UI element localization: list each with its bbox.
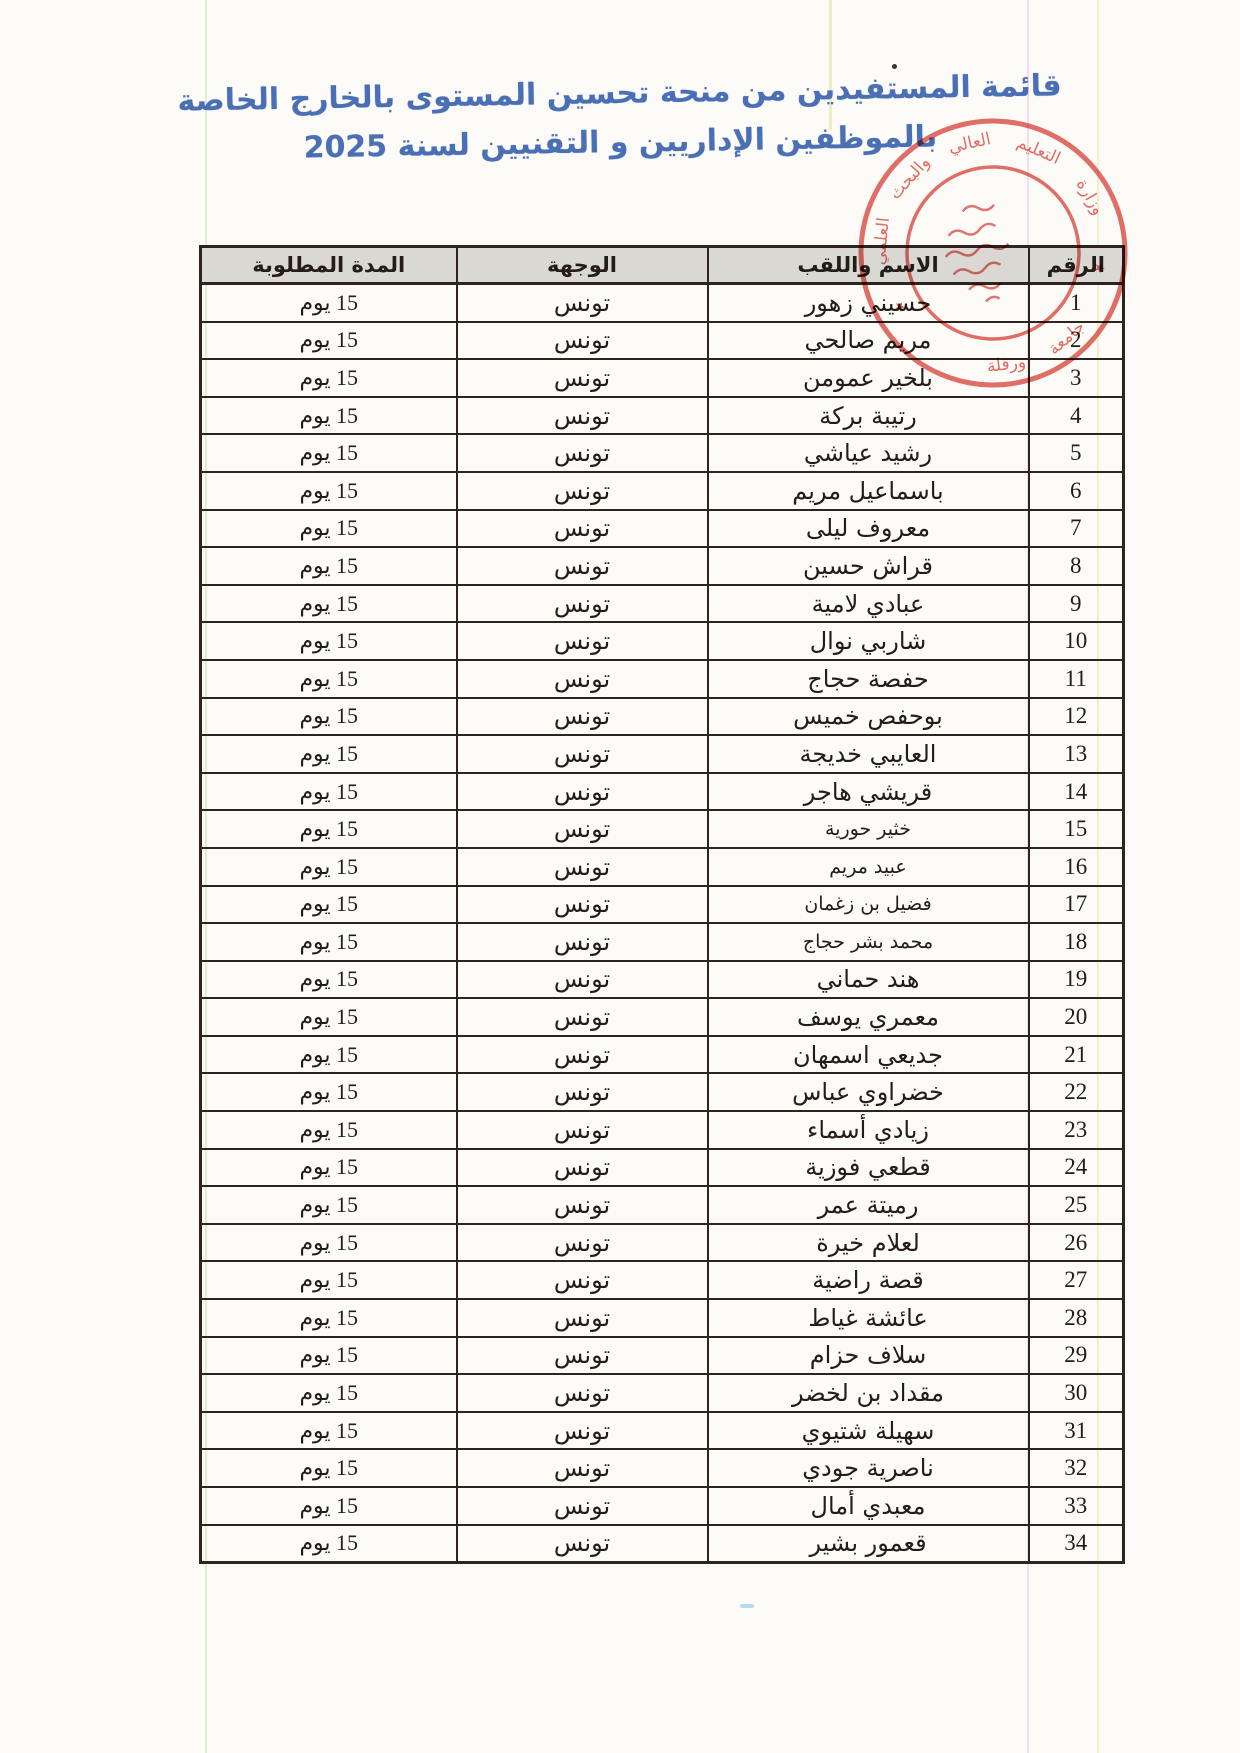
table-row: 18 محمد بشر حجاج تونس 15 يوم xyxy=(201,923,1124,961)
row-name: ناصرية جودي xyxy=(708,1449,1029,1487)
row-destination: تونس xyxy=(457,1149,708,1187)
row-name: لعلام خيرة xyxy=(708,1224,1029,1262)
row-number: 6 xyxy=(1029,472,1124,510)
svg-text:العالي: العالي xyxy=(947,129,993,157)
row-destination: تونس xyxy=(457,923,708,961)
table-row: 25 رميتة عمر تونس 15 يوم xyxy=(201,1186,1124,1224)
row-number: 20 xyxy=(1029,998,1124,1036)
row-number: 15 xyxy=(1029,810,1124,848)
row-number: 27 xyxy=(1029,1261,1124,1299)
row-duration: 15 يوم xyxy=(201,547,457,585)
row-name: مقداد بن لخضر xyxy=(708,1374,1029,1412)
row-name: فضيل بن زغمان xyxy=(708,886,1029,924)
table-row: 4 رتيبة بركة تونس 15 يوم xyxy=(201,397,1124,435)
table-row: 10 شاربي نوال تونس 15 يوم xyxy=(201,622,1124,660)
row-destination: تونس xyxy=(457,1412,708,1450)
row-duration: 15 يوم xyxy=(201,961,457,999)
row-duration: 15 يوم xyxy=(201,1374,457,1412)
header-duration: المدة المطلوبة xyxy=(201,247,457,284)
table-row: 11 حفصة حجاج تونس 15 يوم xyxy=(201,660,1124,698)
row-number: 10 xyxy=(1029,622,1124,660)
row-duration: 15 يوم xyxy=(201,1525,457,1563)
table-row: 20 معمري يوسف تونس 15 يوم xyxy=(201,998,1124,1036)
table-row: 22 خضراوي عباس تونس 15 يوم xyxy=(201,1073,1124,1111)
row-duration: 15 يوم xyxy=(201,810,457,848)
row-duration: 15 يوم xyxy=(201,923,457,961)
table-row: 9 عبادي لامية تونس 15 يوم xyxy=(201,585,1124,623)
table-row: 23 زيادي أسماء تونس 15 يوم xyxy=(201,1111,1124,1149)
row-number: 18 xyxy=(1029,923,1124,961)
row-name: معبدي أمال xyxy=(708,1487,1029,1525)
row-number: 33 xyxy=(1029,1487,1124,1525)
row-name: زيادي أسماء xyxy=(708,1111,1029,1149)
row-name: رميتة عمر xyxy=(708,1186,1029,1224)
row-destination: تونس xyxy=(457,1073,708,1111)
table-row: 14 قريشي هاجر تونس 15 يوم xyxy=(201,773,1124,811)
row-name: هند حماني xyxy=(708,961,1029,999)
row-number: 24 xyxy=(1029,1149,1124,1187)
row-number: 8 xyxy=(1029,547,1124,585)
svg-text:العلمي: العلمي xyxy=(869,217,894,267)
row-number: 12 xyxy=(1029,698,1124,736)
svg-text:ورقلة: ورقلة xyxy=(986,352,1027,377)
stamp-star-left: ★ xyxy=(890,297,910,316)
row-number: 23 xyxy=(1029,1111,1124,1149)
row-duration: 15 يوم xyxy=(201,1036,457,1074)
row-destination: تونس xyxy=(457,322,708,360)
row-destination: تونس xyxy=(457,735,708,773)
row-duration: 15 يوم xyxy=(201,1111,457,1149)
row-destination: تونس xyxy=(457,397,708,435)
table-row: 16 عبيد مريم تونس 15 يوم xyxy=(201,848,1124,886)
table-row: 29 سلاف حزام تونس 15 يوم xyxy=(201,1337,1124,1375)
row-destination: تونس xyxy=(457,1487,708,1525)
row-name: العايبي خديجة xyxy=(708,735,1029,773)
row-duration: 15 يوم xyxy=(201,1449,457,1487)
row-number: 22 xyxy=(1029,1073,1124,1111)
row-destination: تونس xyxy=(457,698,708,736)
row-name: سهيلة شتيوي xyxy=(708,1412,1029,1450)
row-destination: تونس xyxy=(457,1261,708,1299)
row-destination: تونس xyxy=(457,660,708,698)
row-number: 19 xyxy=(1029,961,1124,999)
row-name: رشيد عياشي xyxy=(708,434,1029,472)
table-row: 15 خثير حورية تونس 15 يوم xyxy=(201,810,1124,848)
row-duration: 15 يوم xyxy=(201,1149,457,1187)
row-name: سلاف حزام xyxy=(708,1337,1029,1375)
table-row: 13 العايبي خديجة تونس 15 يوم xyxy=(201,735,1124,773)
row-destination: تونس xyxy=(457,472,708,510)
row-name: جديعي اسمهان xyxy=(708,1036,1029,1074)
stamp-outer-circle xyxy=(856,116,1129,389)
row-destination: تونس xyxy=(457,585,708,623)
row-destination: تونس xyxy=(457,1111,708,1149)
row-destination: تونس xyxy=(457,848,708,886)
row-destination: تونس xyxy=(457,359,708,397)
table-row: 19 هند حماني تونس 15 يوم xyxy=(201,961,1124,999)
table-row: 27 قصة راضية تونس 15 يوم xyxy=(201,1261,1124,1299)
row-duration: 15 يوم xyxy=(201,1412,457,1450)
table-row: 21 جديعي اسمهان تونس 15 يوم xyxy=(201,1036,1124,1074)
row-destination: تونس xyxy=(457,1449,708,1487)
row-destination: تونس xyxy=(457,773,708,811)
row-name: قصة راضية xyxy=(708,1261,1029,1299)
row-duration: 15 يوم xyxy=(201,735,457,773)
table-row: 28 عائشة غياط تونس 15 يوم xyxy=(201,1299,1124,1337)
table-row: 26 لعلام خيرة تونس 15 يوم xyxy=(201,1224,1124,1262)
row-name: شاربي نوال xyxy=(708,622,1029,660)
stamp-star-right: ★ xyxy=(1090,261,1108,276)
row-duration: 15 يوم xyxy=(201,1073,457,1111)
row-destination: تونس xyxy=(457,998,708,1036)
official-red-stamp: وزارة التعليم العالي والبحث العلمي ★ ★ ج… xyxy=(845,105,1141,401)
row-destination: تونس xyxy=(457,961,708,999)
table-row: 34 قعمور بشير تونس 15 يوم xyxy=(201,1525,1124,1563)
row-duration: 15 يوم xyxy=(201,284,457,322)
row-number: 21 xyxy=(1029,1036,1124,1074)
row-duration: 15 يوم xyxy=(201,359,457,397)
table-row: 7 معروف ليلى تونس 15 يوم xyxy=(201,510,1124,548)
table-row: 17 فضيل بن زغمان تونس 15 يوم xyxy=(201,886,1124,924)
table-row: 30 مقداد بن لخضر تونس 15 يوم xyxy=(201,1374,1124,1412)
row-duration: 15 يوم xyxy=(201,510,457,548)
row-duration: 15 يوم xyxy=(201,1261,457,1299)
row-name: خضراوي عباس xyxy=(708,1073,1029,1111)
row-number: 30 xyxy=(1029,1374,1124,1412)
row-number: 17 xyxy=(1029,886,1124,924)
row-destination: تونس xyxy=(457,1036,708,1074)
row-name: معمري يوسف xyxy=(708,998,1029,1036)
stamp-inner-circle xyxy=(904,164,1082,342)
row-duration: 15 يوم xyxy=(201,886,457,924)
row-duration: 15 يوم xyxy=(201,773,457,811)
row-name: حفصة حجاج xyxy=(708,660,1029,698)
row-number: 11 xyxy=(1029,660,1124,698)
header-destination: الوجهة xyxy=(457,247,708,284)
row-name: قريشي هاجر xyxy=(708,773,1029,811)
row-destination: تونس xyxy=(457,1525,708,1563)
row-number: 32 xyxy=(1029,1449,1124,1487)
row-number: 13 xyxy=(1029,735,1124,773)
scanned-document-page: { "page": { "background": "#fcfbf7" }, "… xyxy=(0,0,1240,1753)
table-body: 1 حسيني زهور تونس 15 يوم 2 مريم صالحي تو… xyxy=(201,284,1124,1563)
table-row: 33 معبدي أمال تونس 15 يوم xyxy=(201,1487,1124,1525)
table-row: 8 قراش حسين تونس 15 يوم xyxy=(201,547,1124,585)
row-destination: تونس xyxy=(457,1374,708,1412)
row-name: بوحفص خميس xyxy=(708,698,1029,736)
row-duration: 15 يوم xyxy=(201,698,457,736)
table-row: 32 ناصرية جودي تونس 15 يوم xyxy=(201,1449,1124,1487)
row-duration: 15 يوم xyxy=(201,472,457,510)
row-destination: تونس xyxy=(457,1224,708,1262)
row-number: 7 xyxy=(1029,510,1124,548)
row-destination: تونس xyxy=(457,434,708,472)
row-name: عبادي لامية xyxy=(708,585,1029,623)
row-number: 25 xyxy=(1029,1186,1124,1224)
row-number: 34 xyxy=(1029,1525,1124,1563)
row-destination: تونس xyxy=(457,1337,708,1375)
table-row: 5 رشيد عياشي تونس 15 يوم xyxy=(201,434,1124,472)
row-number: 31 xyxy=(1029,1412,1124,1450)
row-destination: تونس xyxy=(457,622,708,660)
beneficiaries-table: الرقم الاسم واللقب الوجهة المدة المطلوبة… xyxy=(199,245,1125,1564)
row-duration: 15 يوم xyxy=(201,322,457,360)
table-row: 31 سهيلة شتيوي تونس 15 يوم xyxy=(201,1412,1124,1450)
row-duration: 15 يوم xyxy=(201,998,457,1036)
row-name: باسماعيل مريم xyxy=(708,472,1029,510)
row-name: خثير حورية xyxy=(708,810,1029,848)
row-duration: 15 يوم xyxy=(201,397,457,435)
row-duration: 15 يوم xyxy=(201,1224,457,1262)
row-name: قطعي فوزية xyxy=(708,1149,1029,1187)
row-destination: تونس xyxy=(457,1299,708,1337)
row-number: 29 xyxy=(1029,1337,1124,1375)
row-number: 4 xyxy=(1029,397,1124,435)
row-destination: تونس xyxy=(457,1186,708,1224)
row-duration: 15 يوم xyxy=(201,1186,457,1224)
row-destination: تونس xyxy=(457,886,708,924)
row-number: 28 xyxy=(1029,1299,1124,1337)
table-row: 12 بوحفص خميس تونس 15 يوم xyxy=(201,698,1124,736)
row-number: 14 xyxy=(1029,773,1124,811)
row-destination: تونس xyxy=(457,810,708,848)
row-name: قراش حسين xyxy=(708,547,1029,585)
stamp-bottom-text: جامعة ورقلة xyxy=(985,313,1090,380)
row-destination: تونس xyxy=(457,510,708,548)
row-duration: 15 يوم xyxy=(201,1337,457,1375)
row-number: 16 xyxy=(1029,848,1124,886)
row-duration: 15 يوم xyxy=(201,434,457,472)
row-name: عائشة غياط xyxy=(708,1299,1029,1337)
row-destination: تونس xyxy=(457,547,708,585)
table-row: 6 باسماعيل مريم تونس 15 يوم xyxy=(201,472,1124,510)
row-name: محمد بشر حجاج xyxy=(708,923,1029,961)
row-duration: 15 يوم xyxy=(201,848,457,886)
table-row: 24 قطعي فوزية تونس 15 يوم xyxy=(201,1149,1124,1187)
row-name: قعمور بشير xyxy=(708,1525,1029,1563)
row-destination: تونس xyxy=(457,284,708,322)
row-number: 5 xyxy=(1029,434,1124,472)
row-name: رتيبة بركة xyxy=(708,397,1029,435)
row-duration: 15 يوم xyxy=(201,1487,457,1525)
row-name: عبيد مريم xyxy=(708,848,1029,886)
row-duration: 15 يوم xyxy=(201,622,457,660)
row-number: 26 xyxy=(1029,1224,1124,1262)
row-number: 9 xyxy=(1029,585,1124,623)
row-duration: 15 يوم xyxy=(201,585,457,623)
row-duration: 15 يوم xyxy=(201,1299,457,1337)
stamp-center-scribbles xyxy=(937,200,1020,308)
scan-mark-cyan xyxy=(740,1604,754,1608)
row-name: معروف ليلى xyxy=(708,510,1029,548)
row-duration: 15 يوم xyxy=(201,660,457,698)
